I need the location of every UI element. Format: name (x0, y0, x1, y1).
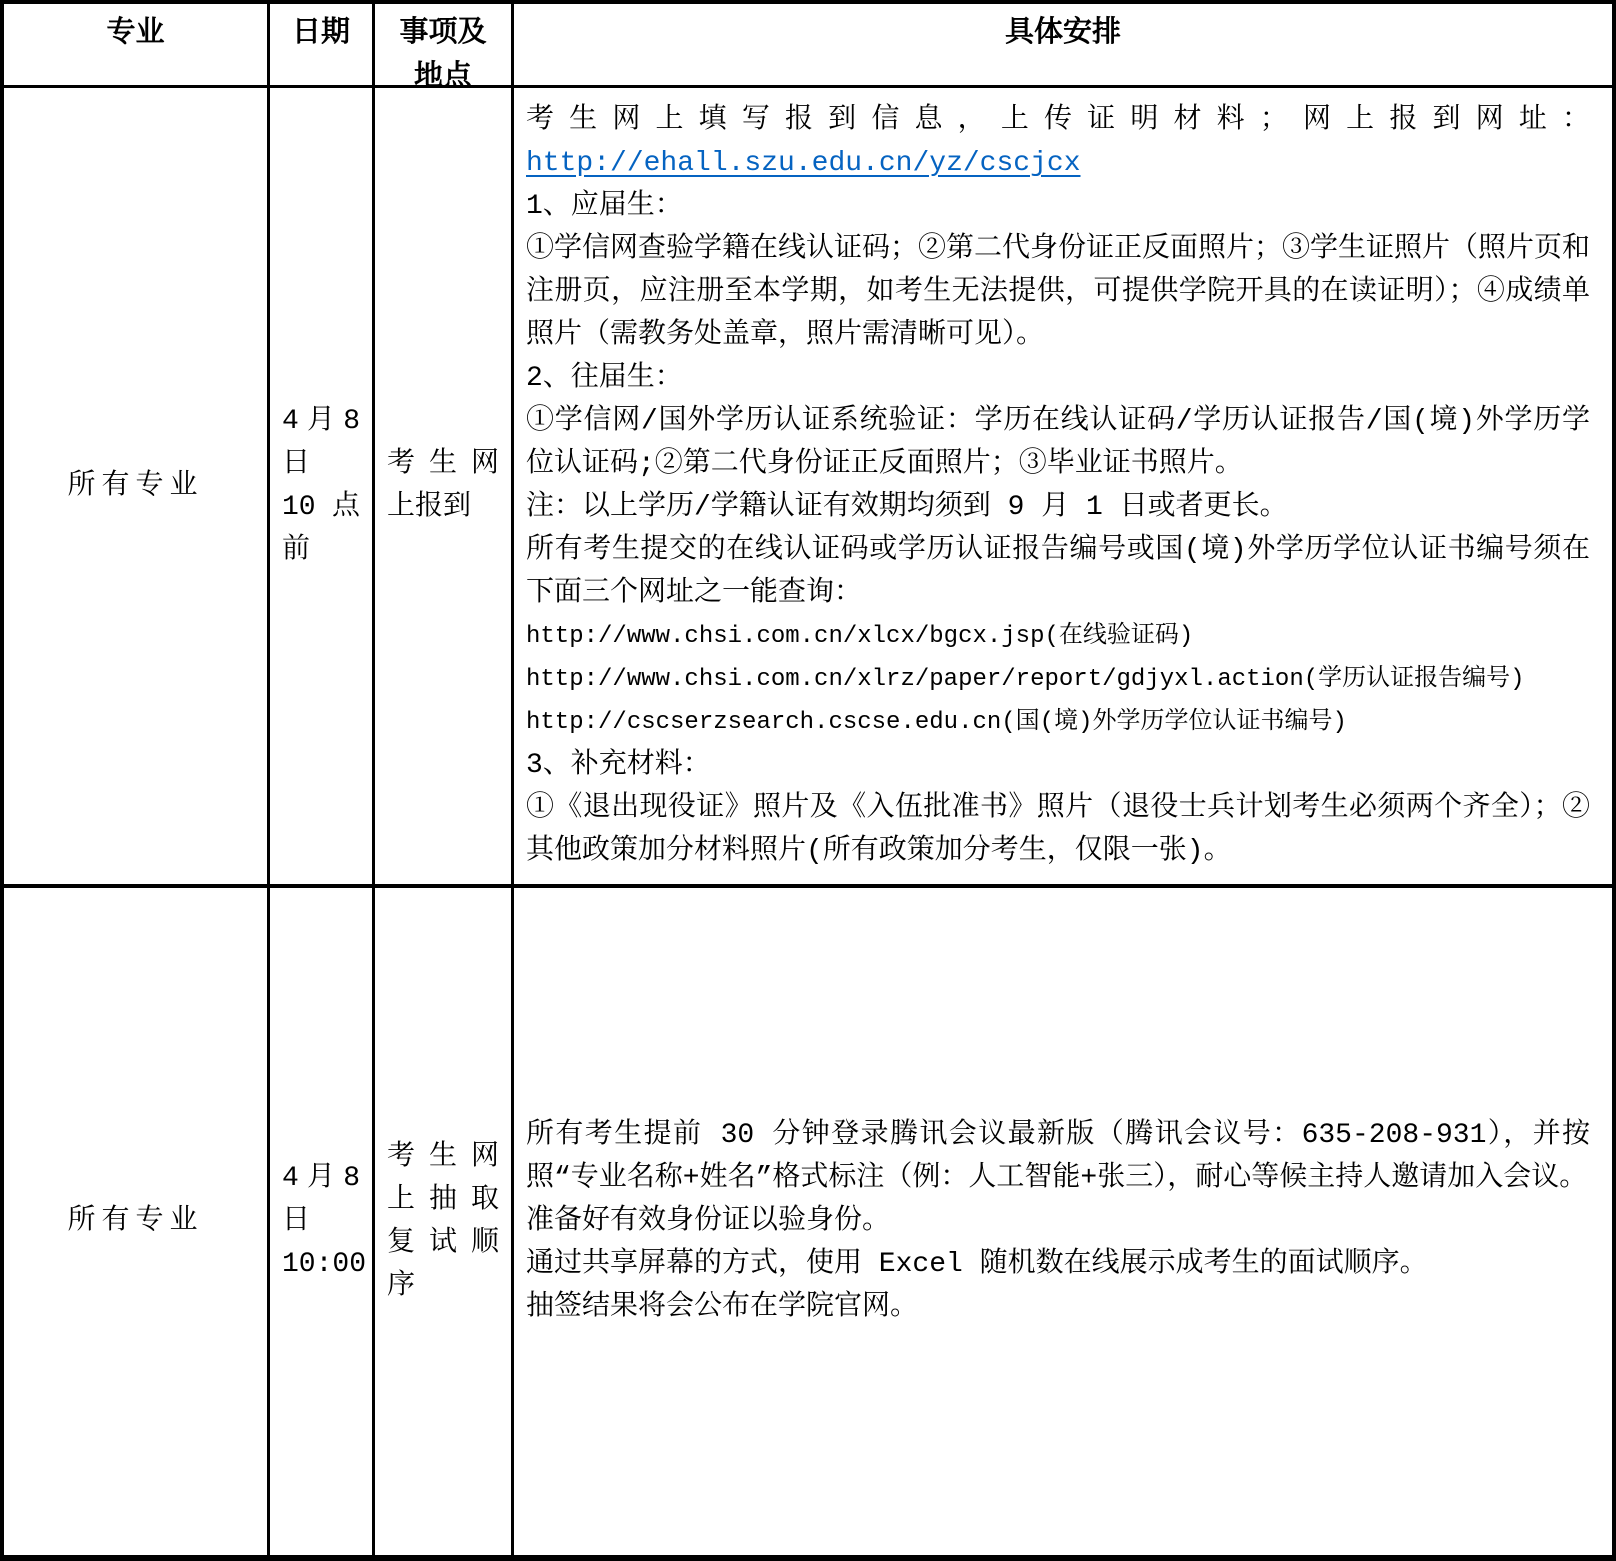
details-paragraphs: 考生网上填写报到信息，上传证明材料；网上报到网址：http://ehall.sz… (514, 99, 1612, 873)
detail-paragraph: 注：以上学历/学籍认证有效期均须到 9 月 1 日或者更长。 (526, 486, 1590, 529)
header-cell-details: 具体安排 (514, 4, 1612, 88)
cell-line: 4月8 (282, 1157, 360, 1200)
cell-line: 10:00 (282, 1243, 360, 1286)
table-row-1-details-cell: 考生网上填写报到信息，上传证明材料；网上报到网址：http://ehall.sz… (514, 88, 1612, 888)
cell-line: 考生网 (387, 1136, 499, 1179)
table-row-1-major-cell: 所有专业 (4, 88, 270, 888)
major-label: 所有专业 (4, 1200, 267, 1243)
detail-paragraph: ①《退出现役证》照片及《入伍批准书》照片（退役士兵计划考生必须两个齐全）；②其他… (526, 787, 1590, 873)
cell-line: 日 (282, 1200, 360, 1243)
cell-line: 日 (282, 443, 360, 486)
detail-paragraph: ①学信网查验学籍在线认证码；②第二代身份证正反面照片；③学生证照片（照片页和注册… (526, 228, 1590, 357)
document-page: 专业 日期 事项及 地点 具体安排 所有专业 4月8日10点前 考生网上报到 考… (0, 0, 1616, 1561)
detail-paragraph: 通过共享屏幕的方式，使用 Excel 随机数在线展示成考生的面试顺序。 (526, 1243, 1590, 1286)
detail-paragraph: 2、往届生： (526, 357, 1590, 400)
detail-paragraph: 抽签结果将会公布在学院官网。 (526, 1286, 1590, 1329)
detail-paragraph: ①学信网/国外学历认证系统验证：学历在线认证码/学历认证报告/国(境)外学历学位… (526, 400, 1590, 486)
paragraph-text: 考生网上填写报到信息，上传证明材料；网上报到网址： (526, 105, 1590, 136)
date-lines: 4月8日10:00 (270, 1157, 372, 1286)
matter-lines: 考生网上报到 (375, 443, 511, 529)
table-row-1-matter-cell: 考生网上报到 (375, 88, 514, 888)
schedule-table: 专业 日期 事项及 地点 具体安排 所有专业 4月8日10点前 考生网上报到 考… (0, 0, 1616, 1561)
cell-line: 复试顺 (387, 1222, 499, 1265)
detail-paragraph: 考生网上填写报到信息，上传证明材料；网上报到网址：http://ehall.sz… (526, 99, 1590, 185)
date-lines: 4月8日10点前 (270, 400, 372, 572)
table-row-1-date-cell: 4月8日10点前 (270, 88, 375, 888)
matter-lines: 考生网上抽取复试顺序 (375, 1136, 511, 1308)
cell-line: 考生网 (387, 443, 499, 486)
detail-paragraph: 所有考生提前 30 分钟登录腾讯会议最新版（腾讯会议号：635-208-931）… (526, 1114, 1590, 1200)
cell-line: 上抽取 (387, 1179, 499, 1222)
report-url-link[interactable]: http://ehall.szu.edu.cn/yz/cscjcx (526, 148, 1081, 179)
table-row-2-details-cell: 所有考生提前 30 分钟登录腾讯会议最新版（腾讯会议号：635-208-931）… (514, 888, 1612, 1555)
cell-line: 前 (282, 529, 360, 572)
major-label: 所有专业 (4, 465, 267, 508)
details-paragraphs: 所有考生提前 30 分钟登录腾讯会议最新版（腾讯会议号：635-208-931）… (514, 1114, 1612, 1329)
detail-paragraph: http://www.chsi.com.cn/xlrz/paper/report… (526, 658, 1590, 701)
detail-paragraph: 1、应届生： (526, 185, 1590, 228)
detail-paragraph: http://www.chsi.com.cn/xlcx/bgcx.jsp(在线验… (526, 615, 1590, 658)
header-cell-matter: 事项及 地点 (375, 4, 514, 88)
table-row-2-date-cell: 4月8日10:00 (270, 888, 375, 1555)
cell-line: 上报到 (387, 486, 499, 529)
detail-paragraph: 所有考生提交的在线认证码或学历认证报告编号或国(境)外学历学位认证书编号须在下面… (526, 529, 1590, 615)
table-row-2-major-cell: 所有专业 (4, 888, 270, 1555)
detail-paragraph: 3、补充材料： (526, 744, 1590, 787)
header-cell-major: 专业 (4, 4, 270, 88)
table-row-2-matter-cell: 考生网上抽取复试顺序 (375, 888, 514, 1555)
cell-line: 4月8 (282, 400, 360, 443)
detail-paragraph: http://cscserzsearch.cscse.edu.cn(国(境)外学… (526, 701, 1590, 744)
cell-line: 10点 (282, 486, 360, 529)
cell-line: 序 (387, 1265, 499, 1308)
header-cell-date: 日期 (270, 4, 375, 88)
detail-paragraph: 准备好有效身份证以验身份。 (526, 1200, 1590, 1243)
